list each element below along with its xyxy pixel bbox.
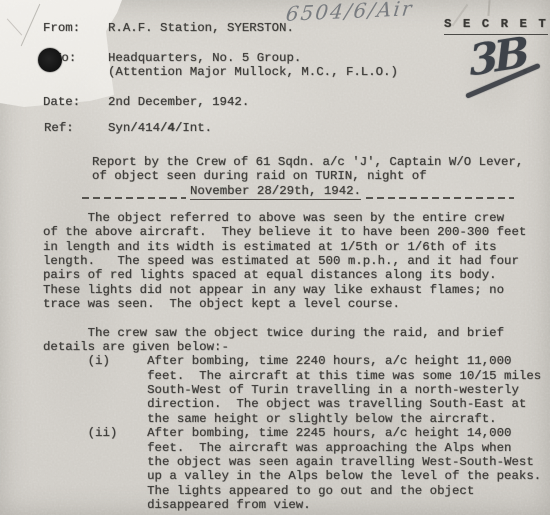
report-title-line2: of object seen during raid on TURIN, nig…	[92, 169, 523, 183]
from-value: R.A.F. Station, SYERSTON.	[108, 21, 294, 35]
from-label: From:	[43, 21, 80, 35]
title-underline-right	[366, 197, 514, 199]
sighting-item-ii: (ii) After bombing, time 2245 hours, a/c…	[43, 426, 541, 512]
report-body: The object referred to above was seen by…	[43, 211, 541, 512]
to-value-line1: Headquarters, No. 5 Group.	[108, 51, 301, 65]
paragraph-object-description: The object referred to above was seen by…	[43, 211, 541, 311]
report-title-line1: Report by the Crew of 61 Sqdn. a/c 'J', …	[92, 155, 523, 169]
hole-punch	[38, 48, 62, 72]
title-underline-left	[82, 197, 186, 199]
handwritten-pen-dot	[523, 69, 527, 73]
date-label: Date:	[43, 95, 80, 109]
ref-value-prefix: Syn/414/	[108, 121, 168, 135]
ref-label: Ref:	[44, 121, 74, 135]
paper-crease	[487, 0, 490, 16]
ref-value-overstruck-digit: 4	[168, 121, 175, 135]
scanned-document-page: 6504/6/Air S E C R E T 3B From: R.A.F. S…	[0, 0, 550, 515]
date-value: 2nd December, 1942.	[108, 95, 249, 109]
report-title-date: November 28/29th, 1942.	[190, 184, 361, 200]
to-value-line2: (Attention Major Mullock, M.C., F.L.O.)	[108, 65, 398, 79]
handwritten-file-reference: 6504/6/Air	[285, 0, 415, 25]
report-title-line3: November 28/29th, 1942.	[92, 184, 523, 198]
paragraph-sightings-intro: The crew saw the object twice during the…	[43, 326, 541, 355]
ref-value: Syn/414/4/Int.	[108, 121, 212, 135]
sighting-item-i: (i) After bombing, time 2240 hours, a/c …	[43, 354, 541, 426]
ref-value-suffix: /Int.	[175, 121, 212, 135]
report-title: Report by the Crew of 61 Sqdn. a/c 'J', …	[92, 155, 523, 198]
